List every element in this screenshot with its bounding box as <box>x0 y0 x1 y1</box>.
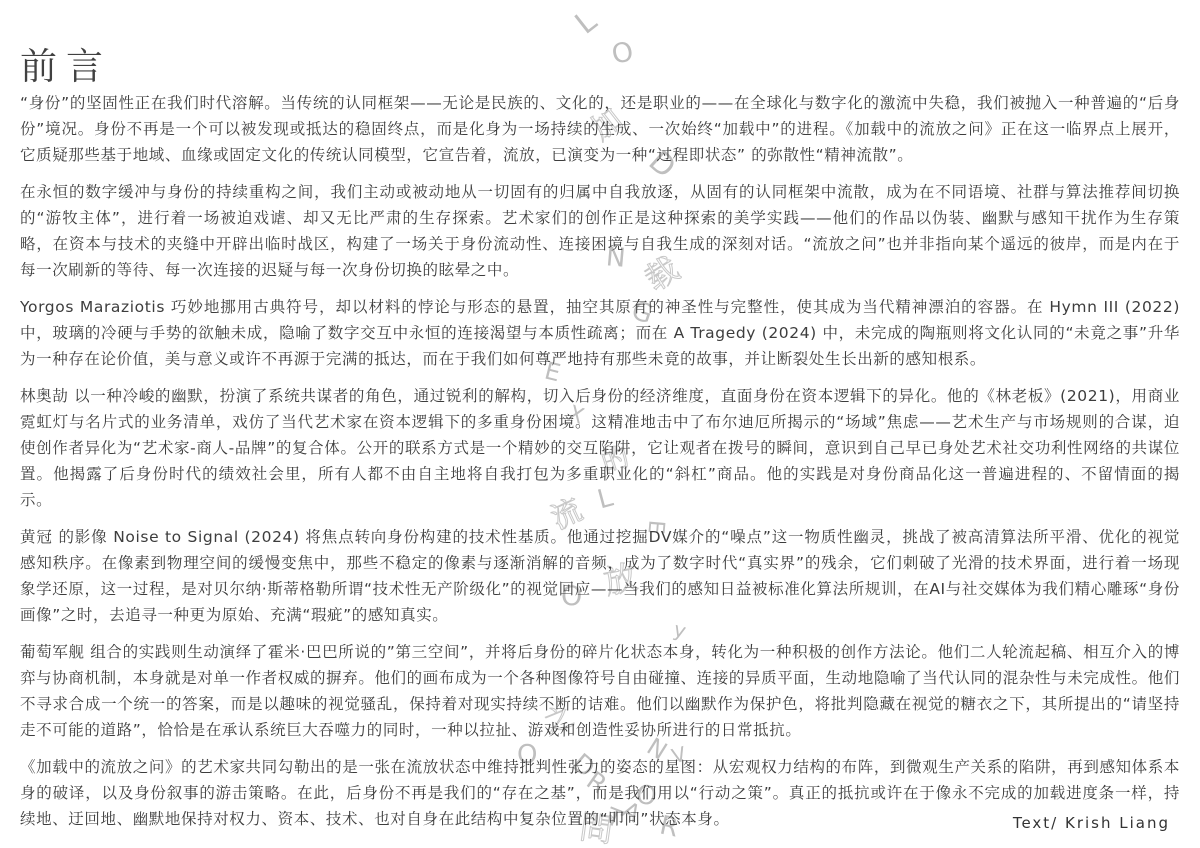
page-title: 前言 <box>20 36 112 90</box>
article-body: “身份”的坚固性正在我们时代溶解。当传统的认同框架——无论是民族的、文化的，还是… <box>20 90 1180 843</box>
document-page: LO加DN载GEX的L流E放Oy之ONVDROTA問R 前言 “身份”的坚固性正… <box>0 0 1200 848</box>
paragraph: 黄冠 的影像 Noise to Signal (2024) 将焦点转向身份构建的… <box>20 524 1180 628</box>
paragraph: “身份”的坚固性正在我们时代溶解。当传统的认同框架——无论是民族的、文化的，还是… <box>20 90 1180 168</box>
watermark-glyph: O <box>609 38 635 69</box>
paragraph: 葡萄军舰 组合的实践则生动演绎了霍米·巴巴所说的”第三空间”，并将后身份的碎片化… <box>20 639 1180 743</box>
paragraph: 在永恒的数字缓冲与身份的持续重构之间，我们主动或被动地从一切固有的归属中自我放逐… <box>20 179 1180 283</box>
paragraph: Yorgos Maraziotis 巧妙地挪用古典符号，却以材料的悖论与形态的悬… <box>20 294 1180 372</box>
watermark-glyph: L <box>571 6 603 40</box>
paragraph: 林奥劼 以一种冷峻的幽默，扮演了系统共谋者的角色，通过锐利的解构，切入后身份的经… <box>20 383 1180 513</box>
paragraph: 《加载中的流放之问》的艺术家共同勾勒出的是一张在流放状态中维持批判性张力的姿态的… <box>20 754 1180 832</box>
text-credit: Text/ Krish Liang <box>1013 814 1170 832</box>
